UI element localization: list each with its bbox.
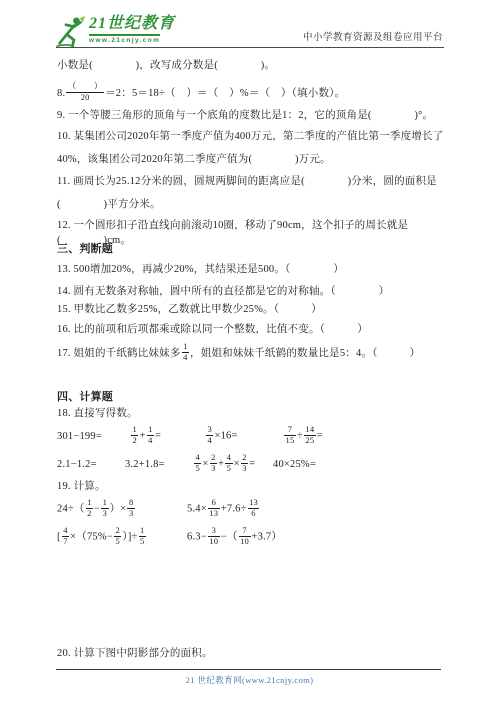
fraction: 45 [225, 453, 232, 473]
fraction: 710 [239, 526, 251, 546]
question-number: 8. [57, 86, 65, 101]
fraction-denominator: 5 [139, 537, 146, 547]
fraction: 34 [206, 425, 213, 445]
expression-text: [ [57, 531, 61, 542]
expression-text: +3.7） [252, 531, 283, 542]
fraction-denominator: 5 [194, 464, 201, 474]
section-judge-title: 三、判断题 [57, 242, 447, 257]
question-18-label: 18. 直接写得数。 [57, 406, 447, 421]
operator: + [218, 458, 224, 469]
fraction-numerator: 1 [86, 498, 93, 509]
fraction: 25 [114, 526, 121, 546]
fraction-numerator: 4 [225, 453, 232, 464]
fraction: 715 [284, 425, 296, 445]
question-19-label: 19. 计算。 [57, 479, 447, 494]
fraction-denominator: 10 [239, 537, 251, 547]
fraction: 136 [248, 498, 260, 518]
fraction-numerator: 13 [248, 498, 260, 509]
fraction-denominator: 20 [66, 93, 104, 103]
operator: × [202, 458, 208, 469]
fraction-denominator: 3 [101, 509, 108, 519]
fraction-denominator: 5 [225, 464, 232, 474]
question-9: 9. 一个等腰三角形的顶角与一个底角的度数比是1：2，它的顶角是( )°。 [57, 108, 447, 123]
calc-expression-a: 24÷（12−13）×83 [57, 499, 187, 519]
fraction-denominator: 10 [208, 537, 220, 547]
expression-text: ）× [110, 503, 127, 514]
calc-expression-d: 6.3−310−（710+3.7） [187, 527, 447, 547]
calc-item: 3.2+1.8= [125, 457, 193, 472]
equals-sign: = [155, 430, 161, 441]
fraction-denominator: 5 [114, 537, 121, 547]
fraction: 23 [241, 453, 248, 473]
question-text: ＝2：5＝18÷（ ）＝（ ）%＝（ ）（填小数）。 [105, 86, 345, 101]
question-7-continuation: 小数是( )，改写成分数是( )。 [57, 58, 447, 73]
fraction: 12 [86, 498, 93, 518]
equals-sign: = [317, 430, 323, 441]
fraction-denominator: 6 [248, 509, 260, 519]
question-14: 14. 圆有无数条对称轴，圆中所有的直径都是它的对称轴。（ ） [57, 284, 447, 299]
operator: + [139, 430, 145, 441]
footer-site-text: 21 世纪教育网(www.21cnjy.com) [0, 674, 499, 686]
footer-divider [56, 669, 441, 670]
fraction-numerator: 3 [208, 526, 220, 537]
calc-item: 45×23+45×23= [193, 454, 273, 474]
fraction-numerator: 3 [206, 425, 213, 436]
fraction: 13 [101, 498, 108, 518]
expression-text: −（ [221, 531, 238, 542]
question-8: 8. （ ）20 ＝2：5＝18÷（ ）＝（ ）%＝（ ）（填小数）。 [57, 80, 447, 106]
calc-item: 12+14= [130, 426, 205, 446]
question-13: 13. 500增加20%，再减少20%，其结果还是500。（ ） [57, 262, 447, 277]
fraction-denominator: 3 [210, 464, 217, 474]
expression-text: ×16= [214, 430, 237, 441]
fraction-denominator: 3 [241, 464, 248, 474]
fraction: 23 [210, 453, 217, 473]
question-16: 16. 比的前项和后项都乘或除以同一个整数，比值不变。（ ） [57, 322, 447, 337]
calc-19-row-1: 24÷（12−13）×83 5.4×613+7.6÷136 [57, 495, 447, 523]
fraction-numerator: 1 [131, 425, 138, 436]
fraction-denominator: 4 [206, 436, 213, 446]
expression-text: +7.6÷ [221, 503, 247, 514]
logo-text: 21世纪教育 www.21cnjy.com [89, 15, 175, 44]
fraction-numerator: 2 [241, 453, 248, 464]
fraction: 47 [62, 526, 69, 546]
fraction-denominator: 4 [147, 436, 154, 446]
operator: × [234, 458, 240, 469]
fraction: 83 [127, 498, 134, 518]
logo: 21世纪教育 www.21cnjy.com [54, 15, 175, 49]
fraction-numerator: 1 [182, 342, 189, 353]
calc-item: 715÷1425= [283, 426, 447, 446]
question-text: ，姐姐和妹妹千纸鹤的数量比是5：4。（ ） [190, 346, 420, 361]
fraction-numerator: 8 [127, 498, 134, 509]
fraction-denominator: 7 [62, 537, 69, 547]
fraction-denominator: 3 [127, 509, 134, 519]
fraction-numerator: 1 [147, 425, 154, 436]
fraction-denominator: 25 [304, 436, 316, 446]
calc-item: 34×16= [205, 426, 283, 446]
calc-item: 40×25%= [273, 457, 447, 472]
calc-expression-c: [47×（75%−25）]÷15 [57, 527, 187, 547]
fraction: （ ）20 [66, 82, 104, 102]
fraction-numerator: 1 [139, 526, 146, 537]
fraction-denominator: 2 [131, 436, 138, 446]
fraction: 15 [139, 526, 146, 546]
fraction-numerator: 2 [114, 526, 121, 537]
calc-row-2: 2.1−1.2= 3.2+1.8= 45×23+45×23= 40×25%= [57, 451, 447, 477]
calc-item: 2.1−1.2= [57, 457, 125, 472]
calc-row-1: 301−199= 12+14= 34×16= 715÷1425= [57, 423, 447, 449]
expression-text: ×（75%− [70, 531, 113, 542]
fraction: 613 [208, 498, 220, 518]
question-15: 15. 甲数比乙数多25%，乙数就比甲数少25%。（ ） [57, 302, 447, 317]
calc-item: 301−199= [57, 429, 130, 444]
fraction-numerator: 2 [210, 453, 217, 464]
fraction-denominator: 15 [284, 436, 296, 446]
expression-text: 24÷（ [57, 503, 85, 514]
header-divider [56, 47, 444, 48]
question-20: 20. 计算下图中阴影部分的面积。 [57, 646, 447, 661]
fraction-numerator: 4 [194, 453, 201, 464]
fraction-denominator: 2 [86, 509, 93, 519]
logo-site-url: www.21cnjy.com [89, 34, 160, 44]
fraction-numerator: 14 [304, 425, 316, 436]
expression-text: 5.4× [187, 503, 207, 514]
fraction: 14 [182, 342, 189, 362]
fraction-numerator: 6 [208, 498, 220, 509]
fraction: 310 [208, 526, 220, 546]
question-17: 17. 姐姐的千纸鹤比妹妹多 14 ，姐姐和妹妹千纸鹤的数量比是5：4。（ ） [57, 340, 447, 366]
question-10: 10. 某集团公司2020年第一季度产值为400万元，第二季度的产值比第一季度增… [57, 126, 447, 171]
logo-title: 21世纪教育 [89, 15, 175, 33]
fraction-numerator: （ ） [66, 82, 104, 93]
fraction-denominator: 13 [208, 509, 220, 519]
fraction-denominator: 4 [182, 353, 189, 363]
calc-expression-b: 5.4×613+7.6÷136 [187, 499, 447, 519]
fraction: 1425 [304, 425, 316, 445]
equals-sign: = [249, 458, 255, 469]
fraction: 14 [147, 425, 154, 445]
question-11: 11. 画周长为25.12分米的圆，圆规两脚间的距离应是( )分米，圆的面积是(… [57, 171, 447, 216]
worksheet-page: 21世纪教育 www.21cnjy.com 中小学教育资源及组卷应用平台 小数是… [0, 0, 499, 706]
expression-text: ）]÷ [122, 531, 137, 542]
operator: ÷ [297, 430, 303, 441]
fraction-numerator: 4 [62, 526, 69, 537]
fraction-numerator: 7 [239, 526, 251, 537]
calc-19-row-2: [47×（75%−25）]÷15 6.3−310−（710+3.7） [57, 523, 447, 551]
header-tagline: 中小学教育资源及组卷应用平台 [303, 29, 443, 43]
expression-text: 6.3− [187, 531, 207, 542]
operator: − [94, 503, 100, 514]
question-text: 17. 姐姐的千纸鹤比妹妹多 [57, 346, 181, 361]
fraction-numerator: 7 [284, 425, 296, 436]
runner-icon [54, 15, 86, 49]
section-calc-title: 四、计算题 [57, 390, 447, 405]
fraction: 45 [194, 453, 201, 473]
fraction: 12 [131, 425, 138, 445]
fraction-numerator: 1 [101, 498, 108, 509]
